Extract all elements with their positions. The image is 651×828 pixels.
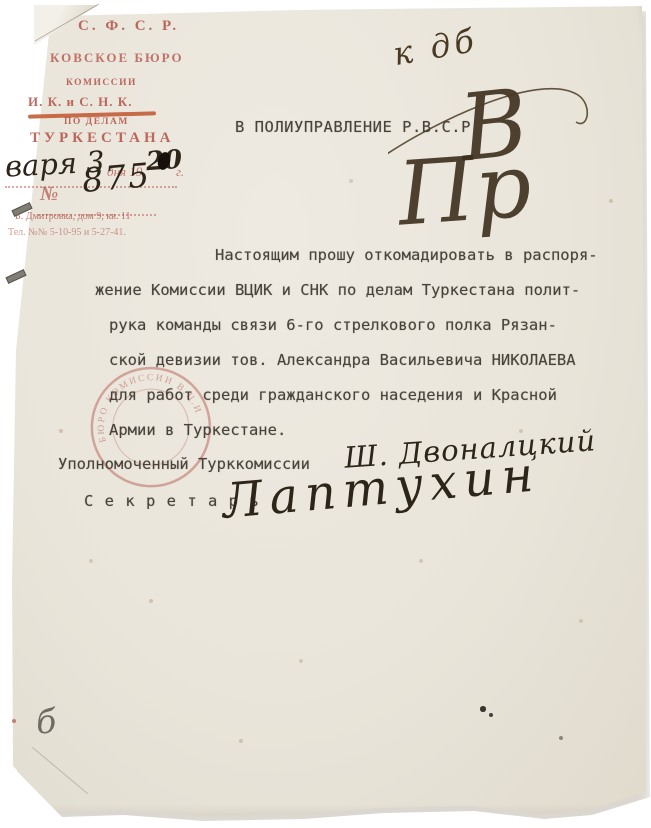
document-body: Настоящим прошу откомадировать в распоря…	[95, 238, 598, 448]
body-line: ской девизии тов. Александра Васильевича…	[95, 343, 598, 378]
handwritten-number: 875	[80, 155, 152, 200]
body-line: рука команды связи 6-го стрелкового полк…	[95, 308, 598, 343]
pencil-archive-mark: б	[35, 701, 58, 741]
pen-flourish	[388, 40, 618, 240]
letterhead-phones: Тел. №№ 5-10-95 и 5-27-41.	[8, 227, 126, 238]
letterhead-komissii: КОМИССИИ	[66, 78, 137, 88]
printed-date-suffix: г.	[176, 164, 184, 180]
body-line: Настоящим прошу откомадировать в распоря…	[95, 238, 598, 273]
letterhead-address: Б. Дмитровка, дом 9, кв. 11	[15, 211, 131, 222]
letterhead-vcik-snk: И. К. и С. Н. К.	[28, 94, 132, 110]
letterhead-po-delam: ПО ДЕЛАМ	[64, 117, 129, 127]
document-heading: В ПОЛИУПРАВЛЕНИЕ Р.В.С.Р.	[235, 118, 481, 136]
body-line: жение Комиссии ВЦИК и СНК по делам Турке…	[95, 273, 598, 308]
letterhead-bureau: КОВСКОЕ БЮРО	[50, 50, 184, 66]
paper-speckles	[0, 0, 2, 2]
number-sign: №	[40, 183, 58, 206]
letterhead-rsfsr: С. Ф. С. Р.	[78, 18, 179, 35]
body-line: для работ среди гражданского наседения и…	[95, 378, 598, 413]
